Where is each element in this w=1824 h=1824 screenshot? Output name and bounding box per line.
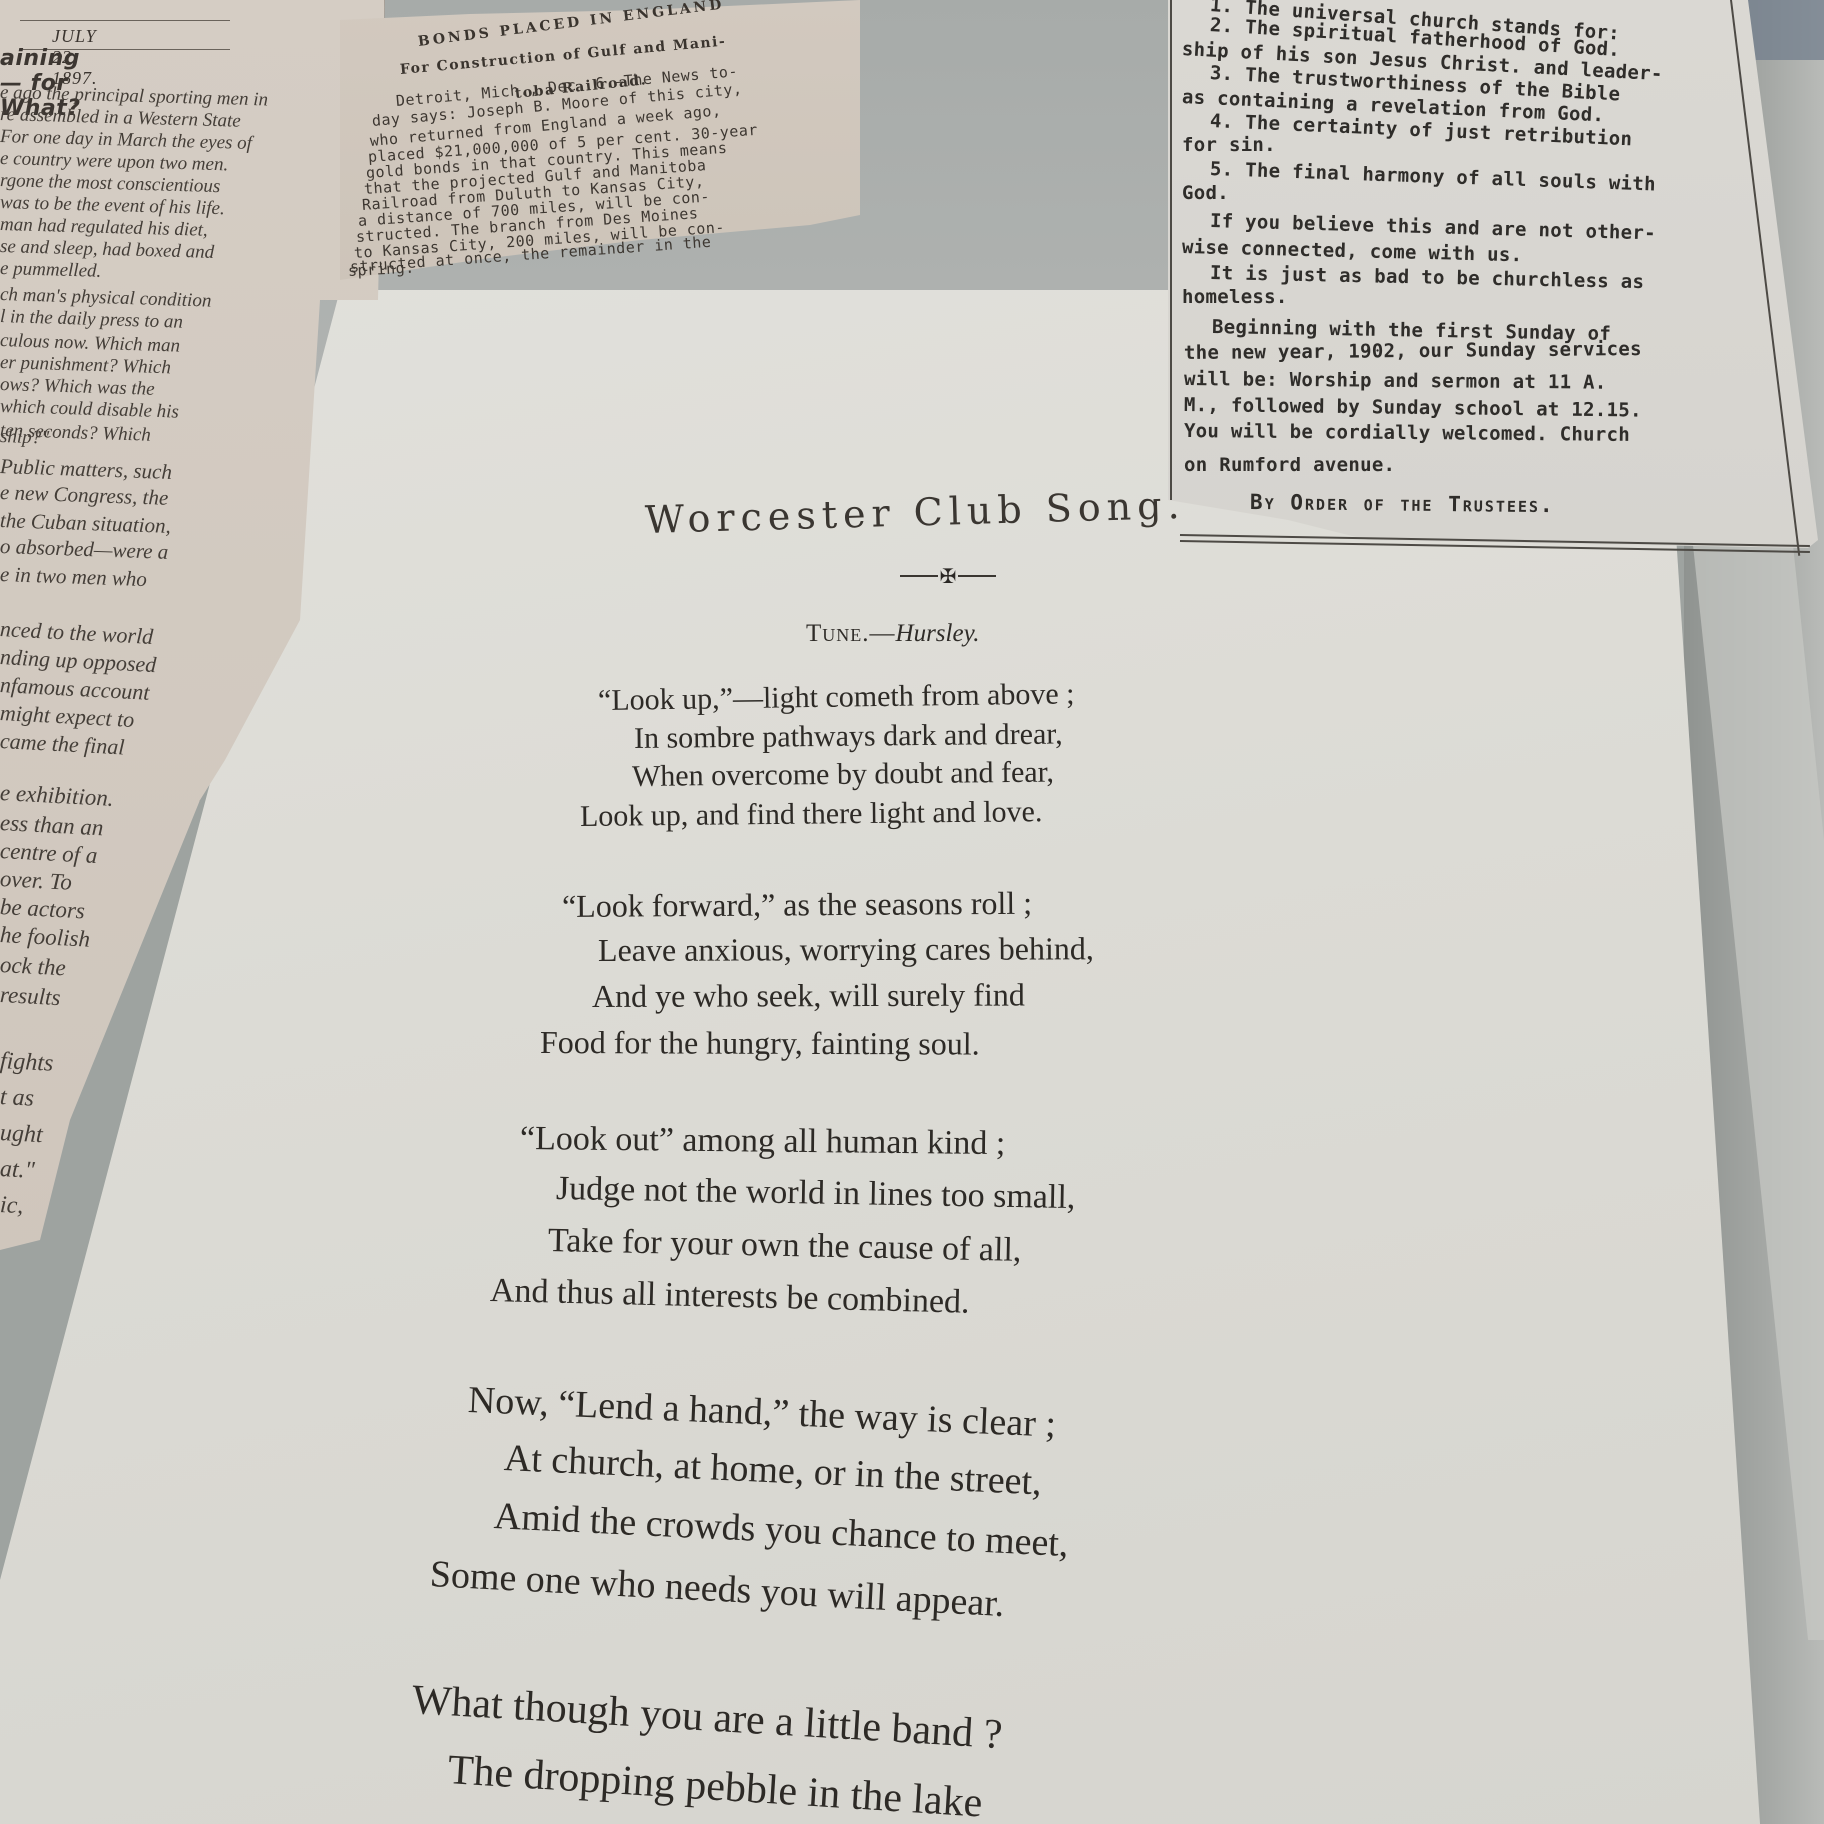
cross-ornament-icon: ✠ bbox=[940, 566, 957, 586]
verse-2-line-3: And ye who seek, will surely find bbox=[592, 976, 1025, 1015]
verse-2-line-1: “Look forward,” as the seasons roll ; bbox=[562, 885, 1032, 925]
verse-4-line-2: At church, at home, or in the street, bbox=[503, 1436, 1043, 1504]
ornament-rule bbox=[958, 575, 996, 577]
tune-line: Tune.—Hursley. bbox=[806, 620, 980, 648]
verse-3-line-3: Take for your own the cause of all, bbox=[548, 1222, 1022, 1270]
verse-3-line-4: And thus all interests be combined. bbox=[490, 1272, 970, 1322]
title-ornament: ✠ bbox=[888, 566, 1008, 586]
tune-label: Tune.— bbox=[806, 620, 896, 647]
verse-3-line-2: Judge not the world in lines too small, bbox=[556, 1170, 1076, 1217]
song-content: Worcester Club Song. ✠ Tune.—Hursley. “L… bbox=[0, 0, 1824, 1824]
song-title: Worcester Club Song. bbox=[644, 483, 1186, 542]
verse-1-line-2: In sombre pathways dark and drear, bbox=[634, 718, 1063, 756]
verse-3-line-1: “Look out” among all human kind ; bbox=[520, 1120, 1006, 1163]
verse-5-line-2: The dropping pebble in the lake bbox=[446, 1746, 983, 1824]
verse-4-line-4: Some one who needs you will appear. bbox=[429, 1552, 1006, 1626]
verse-2-line-2: Leave anxious, worrying cares behind, bbox=[598, 930, 1094, 969]
verse-4-line-3: Amid the crowds you chance to meet, bbox=[493, 1494, 1070, 1566]
verse-5-line-1: What though you are a little band ? bbox=[411, 1676, 1004, 1759]
verse-4-line-1: Now, “Lend a hand,” the way is clear ; bbox=[467, 1378, 1057, 1447]
tune-name: Hursley. bbox=[896, 620, 980, 647]
verse-2-line-4: Food for the hungry, fainting soul. bbox=[540, 1024, 980, 1063]
verse-1-line-1: “Look up,”—light cometh from above ; bbox=[598, 677, 1075, 718]
verse-1-line-3: When overcome by doubt and fear, bbox=[632, 756, 1054, 794]
ornament-rule bbox=[900, 575, 938, 577]
verse-1-line-4: Look up, and find there light and love. bbox=[580, 795, 1043, 834]
